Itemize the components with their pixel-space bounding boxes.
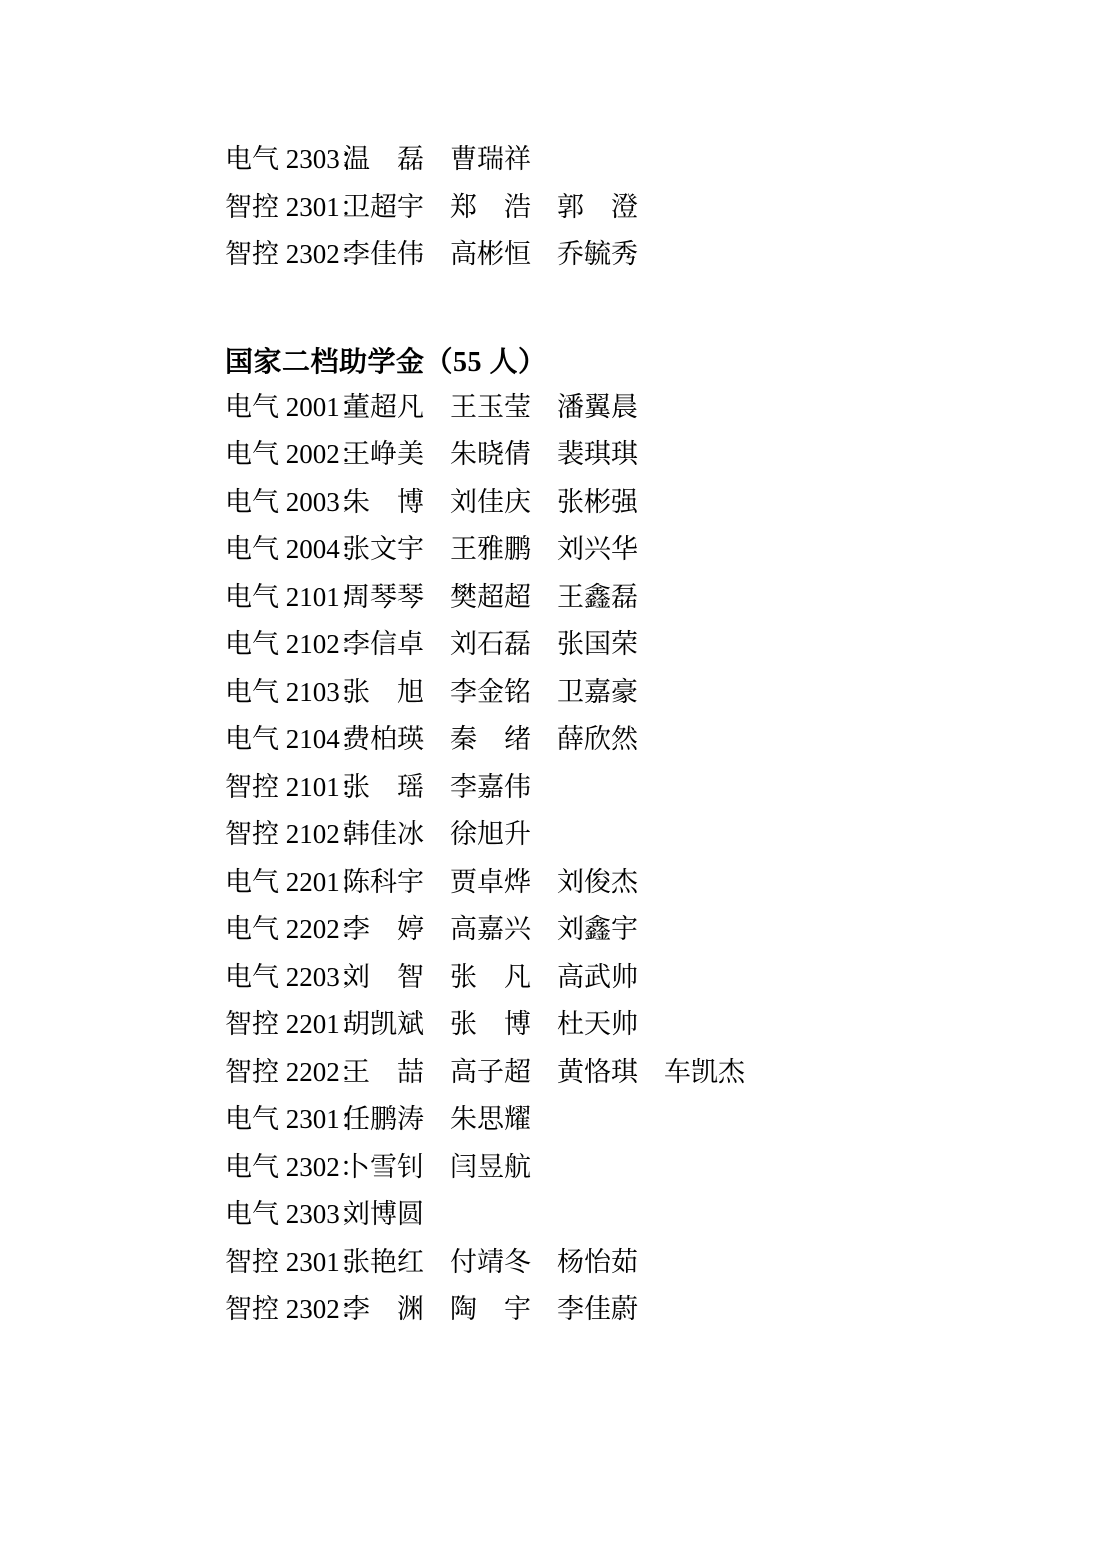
- class-label: 电气 2004：: [225, 536, 343, 563]
- class-label: 电气 2303：: [225, 1201, 343, 1228]
- student-name: 樊超超: [450, 584, 531, 611]
- class-label: 电气 2303：: [225, 146, 343, 173]
- student-name: 任鹏涛: [343, 1106, 424, 1133]
- student-name: 王雅鹏: [450, 536, 531, 563]
- student-name: 张 瑶: [343, 774, 424, 801]
- class-label: 智控 2301：: [225, 1249, 343, 1276]
- student-name: 李 渊: [343, 1296, 424, 1323]
- scholarship-row: 电气 2004：张文宇王雅鹏刘兴华: [225, 526, 1062, 574]
- scholarship-row: 电气 2202：李 婷高嘉兴刘鑫宇: [225, 906, 1062, 954]
- student-name: 刘鑫宇: [557, 916, 638, 943]
- scholarship-row: 电气 2001：董超凡王玉莹潘翼晨: [225, 384, 1062, 432]
- class-label: 电气 2202：: [225, 916, 343, 943]
- student-name: 张 凡: [450, 964, 531, 991]
- student-name: 高彬恒: [450, 241, 531, 268]
- student-name: 温 磊: [343, 146, 424, 173]
- student-name: 杜天帅: [557, 1011, 638, 1038]
- student-name: 韩佳冰: [343, 821, 424, 848]
- student-name: 张文宇: [343, 536, 424, 563]
- class-label: 电气 2104：: [225, 726, 343, 753]
- scholarship-row: 智控 2301：卫超宇郑 浩郭 澄: [225, 184, 1062, 232]
- class-label: 智控 2302：: [225, 1296, 343, 1323]
- scholarship-row: 智控 2301：张艳红付靖冬杨怡茹: [225, 1239, 1062, 1287]
- class-label: 电气 2002：: [225, 441, 343, 468]
- student-name: 李信卓: [343, 631, 424, 658]
- scholarship-row: 电气 2101：周琴琴樊超超王鑫磊: [225, 574, 1062, 622]
- student-name: 刘石磊: [450, 631, 531, 658]
- student-name: 费柏瑛: [343, 726, 424, 753]
- student-name: 胡凯斌: [343, 1011, 424, 1038]
- class-label: 智控 2101：: [225, 774, 343, 801]
- student-name: 乔毓秀: [557, 241, 638, 268]
- scholarship-row: 电气 2302：卜雪钊闫昱航: [225, 1144, 1062, 1192]
- student-name: 贾卓烨: [450, 869, 531, 896]
- class-label: 智控 2301：: [225, 194, 343, 221]
- student-name: 李嘉伟: [450, 774, 531, 801]
- student-name: 王玉莹: [450, 394, 531, 421]
- student-name: 潘翼晨: [557, 394, 638, 421]
- student-name: 郑 浩: [450, 194, 531, 221]
- student-name: 刘俊杰: [557, 869, 638, 896]
- student-name: 李佳伟: [343, 241, 424, 268]
- student-name: 刘兴华: [557, 536, 638, 563]
- student-name: 杨怡茹: [557, 1249, 638, 1276]
- student-name: 徐旭升: [450, 821, 531, 848]
- scholarship-row: 电气 2103：张 旭李金铭卫嘉豪: [225, 669, 1062, 717]
- student-name: 付靖冬: [450, 1249, 531, 1276]
- class-label: 电气 2203：: [225, 964, 343, 991]
- student-name: 朱 博: [343, 489, 424, 516]
- student-name: 郭 澄: [557, 194, 638, 221]
- class-label: 电气 2302：: [225, 1154, 343, 1181]
- scholarship-section: 国家二档助学金（55 人）电气 2001：董超凡王玉莹潘翼晨电气 2002：王峥…: [225, 336, 1062, 1334]
- scholarship-row: 智控 2202：王 喆高子超黄恪琪车凯杰: [225, 1049, 1062, 1097]
- class-label: 电气 2301：: [225, 1106, 343, 1133]
- student-name: 裴琪琪: [557, 441, 638, 468]
- student-name: 卫嘉豪: [557, 679, 638, 706]
- student-name: 刘佳庆: [450, 489, 531, 516]
- student-name: 王 喆: [343, 1059, 424, 1086]
- student-name: 王峥美: [343, 441, 424, 468]
- scholarship-row: 电气 2301：任鹏涛朱思耀: [225, 1096, 1062, 1144]
- class-label: 电气 2001：: [225, 394, 343, 421]
- student-name: 刘 智: [343, 964, 424, 991]
- scholarship-row: 智控 2302：李佳伟高彬恒乔毓秀: [225, 231, 1062, 279]
- class-label: 智控 2201：: [225, 1011, 343, 1038]
- scholarship-row: 电气 2303：温 磊曹瑞祥: [225, 136, 1062, 184]
- student-name: 黄恪琪: [557, 1059, 638, 1086]
- scholarship-row: 智控 2201：胡凯斌张 博杜天帅: [225, 1001, 1062, 1049]
- student-name: 闫昱航: [450, 1154, 531, 1181]
- student-name: 秦 绪: [450, 726, 531, 753]
- student-name: 陶 宇: [450, 1296, 531, 1323]
- scholarship-row: 电气 2003：朱 博刘佳庆张彬强: [225, 479, 1062, 527]
- student-name: 张艳红: [343, 1249, 424, 1276]
- student-name: 车凯杰: [664, 1059, 745, 1086]
- class-label: 智控 2102：: [225, 821, 343, 848]
- class-label: 电气 2101：: [225, 584, 343, 611]
- student-name: 高嘉兴: [450, 916, 531, 943]
- scholarship-row: 电气 2201：陈科宇贾卓烨刘俊杰: [225, 859, 1062, 907]
- student-name: 陈科宇: [343, 869, 424, 896]
- scholarship-row: 电气 2303：刘博圆: [225, 1191, 1062, 1239]
- scholarship-row: 电气 2102：李信卓刘石磊张国荣: [225, 621, 1062, 669]
- class-label: 电气 2102：: [225, 631, 343, 658]
- student-name: 高子超: [450, 1059, 531, 1086]
- student-name: 王鑫磊: [557, 584, 638, 611]
- student-name: 朱晓倩: [450, 441, 531, 468]
- student-name: 李金铭: [450, 679, 531, 706]
- student-name: 张国荣: [557, 631, 638, 658]
- class-label: 电气 2103：: [225, 679, 343, 706]
- student-name: 朱思耀: [450, 1106, 531, 1133]
- document-page: 电气 2303：温 磊曹瑞祥智控 2301：卫超宇郑 浩郭 澄智控 2302：李…: [0, 0, 1102, 1559]
- scholarship-row: 电气 2002：王峥美朱晓倩裴琪琪: [225, 431, 1062, 479]
- document-content: 电气 2303：温 磊曹瑞祥智控 2301：卫超宇郑 浩郭 澄智控 2302：李…: [225, 136, 1062, 1334]
- class-label: 电气 2201：: [225, 869, 343, 896]
- student-name: 张 旭: [343, 679, 424, 706]
- student-name: 高武帅: [557, 964, 638, 991]
- section-heading: 国家二档助学金（55 人）: [225, 336, 1062, 384]
- student-name: 张 博: [450, 1011, 531, 1038]
- student-name: 卫超宇: [343, 194, 424, 221]
- scholarship-row: 电气 2104：费柏瑛秦 绪薛欣然: [225, 716, 1062, 764]
- student-name: 薛欣然: [557, 726, 638, 753]
- scholarship-section: 电气 2303：温 磊曹瑞祥智控 2301：卫超宇郑 浩郭 澄智控 2302：李…: [225, 136, 1062, 279]
- scholarship-row: 智控 2102：韩佳冰徐旭升: [225, 811, 1062, 859]
- student-name: 董超凡: [343, 394, 424, 421]
- student-name: 李佳蔚: [557, 1296, 638, 1323]
- class-label: 智控 2302：: [225, 241, 343, 268]
- scholarship-row: 电气 2203：刘 智张 凡高武帅: [225, 954, 1062, 1002]
- class-label: 电气 2003：: [225, 489, 343, 516]
- class-label: 智控 2202：: [225, 1059, 343, 1086]
- student-name: 曹瑞祥: [450, 146, 531, 173]
- student-name: 张彬强: [557, 489, 638, 516]
- student-name: 卜雪钊: [343, 1154, 424, 1181]
- scholarship-row: 智控 2101：张 瑶李嘉伟: [225, 764, 1062, 812]
- student-name: 周琴琴: [343, 584, 424, 611]
- scholarship-row: 智控 2302：李 渊陶 宇李佳蔚: [225, 1286, 1062, 1334]
- student-name: 李 婷: [343, 916, 424, 943]
- student-name: 刘博圆: [343, 1201, 424, 1228]
